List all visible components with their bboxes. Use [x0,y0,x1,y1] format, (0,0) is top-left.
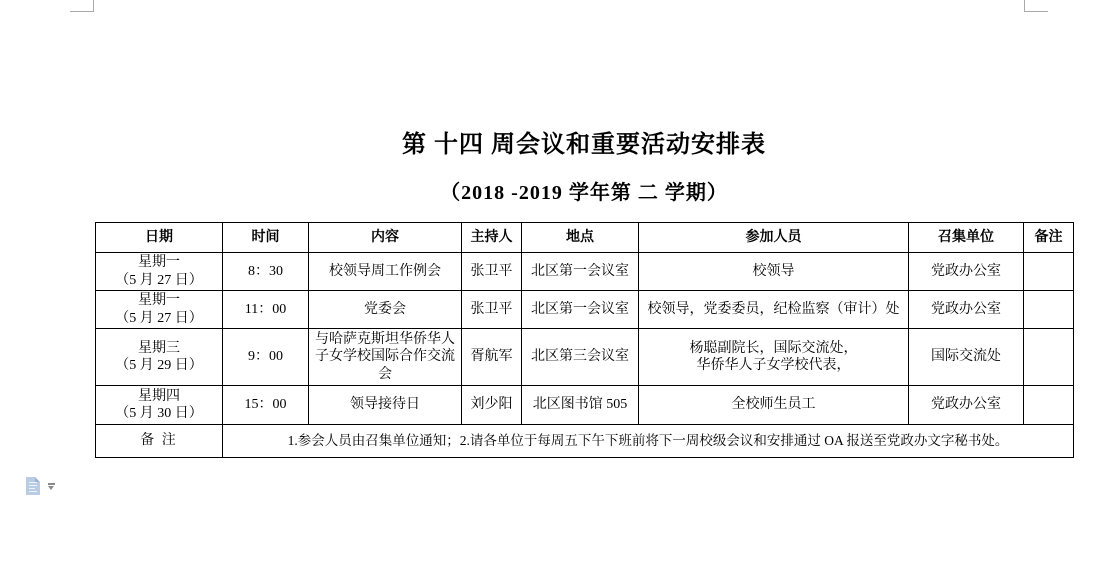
cell-content: 领导接待日 [309,386,462,425]
date: （5 月 29 日） [98,357,220,375]
cell-content: 党委会 [309,291,462,329]
text-boundary-mark-top-right [1024,11,1048,12]
document-header: 第 十四 周会议和重要活动安排表 （2018 -2019 学年第 二 学期） [95,130,1073,205]
header-time: 时间 [223,223,309,253]
cell-date: 星期四 （5 月 30 日） [96,386,223,425]
text-boundary-mark-top-left [70,11,94,12]
weekday: 星期一 [98,254,220,272]
cell-participants: 校领导 [639,253,909,291]
cell-time: 8：30 [223,253,309,291]
table-row: 星期一 （5 月 27 日） 8：30 校领导周工作例会 张卫平 北区第一会议室… [96,253,1074,291]
paste-options-button[interactable] [26,477,60,499]
schedule-table: 日期 时间 内容 主持人 地点 参加人员 召集单位 备注 星期一 （5 月 27… [95,222,1074,458]
cell-organizer: 国际交流处 [909,329,1024,386]
cell-remark [1024,329,1074,386]
document-subtitle: （2018 -2019 学年第 二 学期） [95,176,1073,205]
cell-participants: 校领导，党委委员，纪检监察（审计）处 [639,291,909,329]
date: （5 月 27 日） [98,310,220,328]
cell-organizer: 党政办公室 [909,291,1024,329]
cell-organizer: 党政办公室 [909,253,1024,291]
table-row: 星期一 （5 月 27 日） 11：00 党委会 张卫平 北区第一会议室 校领导… [96,291,1074,329]
cell-time: 9：00 [223,329,309,386]
document-title: 第 十四 周会议和重要活动安排表 [95,130,1073,161]
footer-note: 1.参会人员由召集单位通知；2.请各单位于每周五下午下班前将下一周校级会议和安排… [223,425,1074,458]
cell-location: 北区第三会议室 [522,329,639,386]
weekday: 星期一 [98,292,220,310]
footer-label: 备 注 [96,425,223,458]
table-row: 星期三 （5 月 29 日） 9：00 与哈萨克斯坦华侨华人子女学校国际合作交流… [96,329,1074,386]
cell-participants: 杨聪副院长，国际交流处， 华侨华人子女学校代表， [639,329,909,386]
header-content: 内容 [309,223,462,253]
cell-time: 15：00 [223,386,309,425]
cell-location: 北区第一会议室 [522,291,639,329]
cell-remark [1024,291,1074,329]
header-remark: 备注 [1024,223,1074,253]
cell-time: 11：00 [223,291,309,329]
cell-host: 张卫平 [462,291,522,329]
cell-remark [1024,386,1074,425]
cell-participants: 全校师生员工 [639,386,909,425]
cell-content: 与哈萨克斯坦华侨华人子女学校国际合作交流会 [309,329,462,386]
header-host: 主持人 [462,223,522,253]
cell-date: 星期三 （5 月 29 日） [96,329,223,386]
weekday: 星期三 [98,340,220,358]
cell-organizer: 党政办公室 [909,386,1024,425]
header-date: 日期 [96,223,223,253]
header-participants: 参加人员 [639,223,909,253]
text-boundary-mark-top-right [1024,0,1025,11]
cell-host: 刘少阳 [462,386,522,425]
cell-location: 北区第一会议室 [522,253,639,291]
cell-content: 校领导周工作例会 [309,253,462,291]
date: （5 月 27 日） [98,272,220,290]
table-row: 星期四 （5 月 30 日） 15：00 领导接待日 刘少阳 北区图书馆 505… [96,386,1074,425]
cell-date: 星期一 （5 月 27 日） [96,253,223,291]
header-location: 地点 [522,223,639,253]
cell-host: 胥航军 [462,329,522,386]
cell-date: 星期一 （5 月 27 日） [96,291,223,329]
dropdown-arrow-icon[interactable] [47,483,56,491]
cell-remark [1024,253,1074,291]
paste-options-icon [26,477,40,495]
cell-location: 北区图书馆 505 [522,386,639,425]
weekday: 星期四 [98,388,220,406]
table-header-row: 日期 时间 内容 主持人 地点 参加人员 召集单位 备注 [96,223,1074,253]
document-page: 第 十四 周会议和重要活动安排表 （2018 -2019 学年第 二 学期） 日… [0,0,1117,571]
table-footer-row: 备 注 1.参会人员由召集单位通知；2.请各单位于每周五下午下班前将下一周校级会… [96,425,1074,458]
text-boundary-mark-top-left [93,0,94,11]
cell-host: 张卫平 [462,253,522,291]
date: （5 月 30 日） [98,405,220,423]
header-organizer: 召集单位 [909,223,1024,253]
